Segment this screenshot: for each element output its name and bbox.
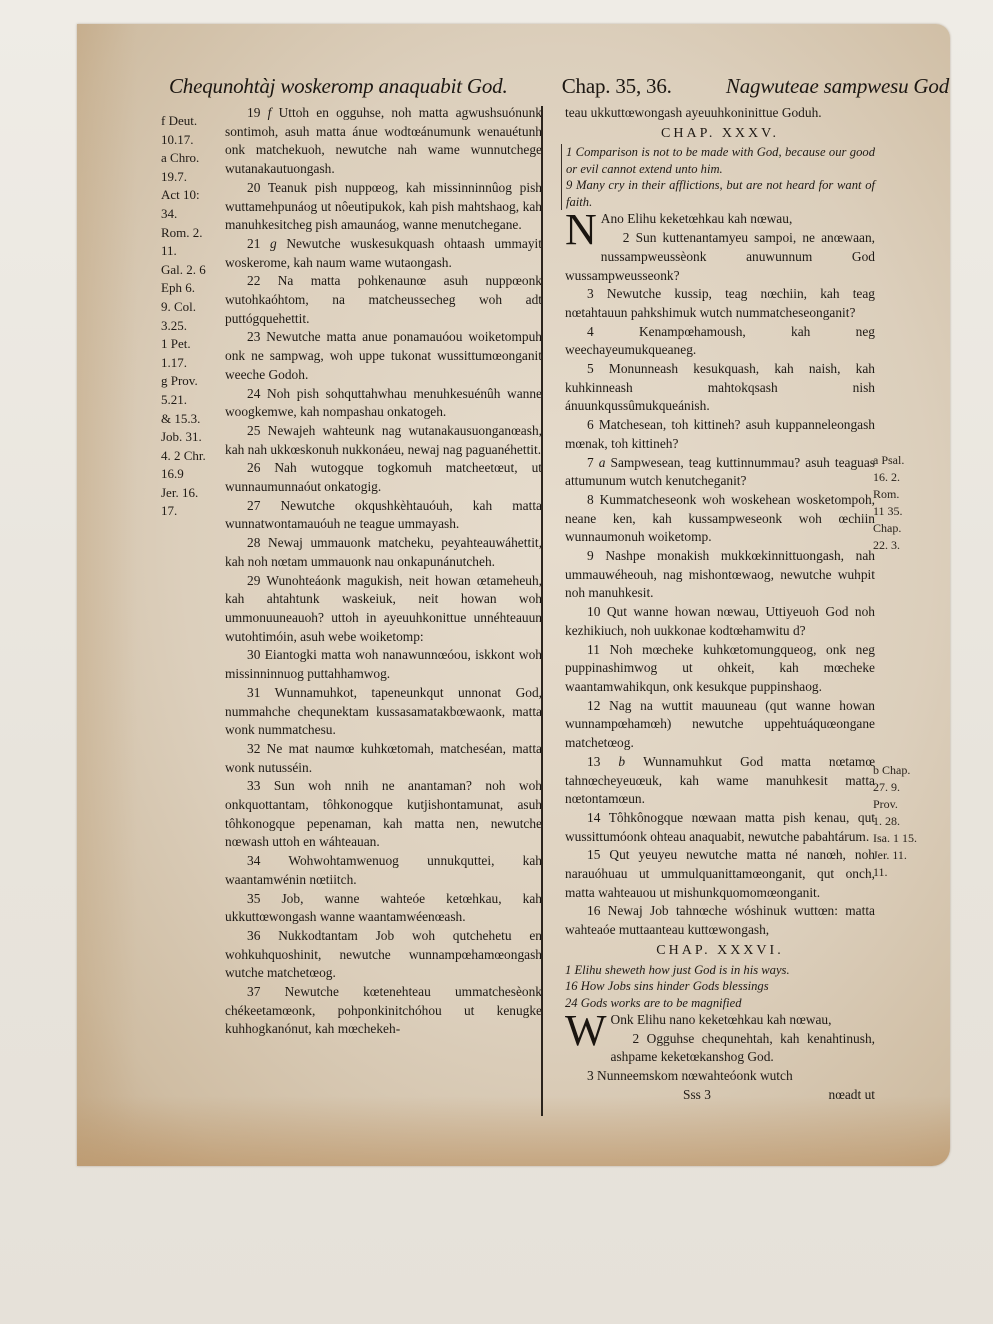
verse-number: 15 [587, 847, 609, 862]
verse-text: Teanuk pish nuppœog, kah missinninnûog p… [225, 180, 542, 232]
verse-text: Noh pish sohquttahwhau menuhkesuénûh wan… [225, 386, 542, 420]
summary-line: 1 Elihu sheweth how just God is in his w… [565, 962, 875, 979]
verse-number: 13 [587, 754, 618, 769]
margin-reference: 22. 3. [873, 537, 943, 554]
verse-text: Sun kuttenantamyeu sampoi, ne anœwaan, n… [565, 230, 875, 282]
verse: 28 Newaj ummauonk matcheku, peyahteauwáh… [225, 534, 542, 571]
left-margin-references: f Deut.10.17.a Chro.19.7.Act 10:34.Rom. … [161, 112, 221, 521]
margin-reference: Jer. 16. [161, 484, 221, 503]
verse-number: 2 [623, 230, 636, 245]
margin-reference: Rom. [873, 486, 943, 503]
verse-number: 14 [587, 810, 609, 825]
verse: 3 Nunneemskom nœwahteóonk wutch [565, 1067, 875, 1086]
verse-number: 31 [247, 685, 275, 700]
verse: 12 Nag na wuttit mauuneau (qut wanne how… [565, 697, 875, 753]
margin-reference: Rom. 2. [161, 224, 221, 243]
verse-number: 22 [247, 273, 278, 288]
verse: 7 a Sampwesean, teag kuttinnummau? asuh … [565, 454, 875, 491]
verse: 32 Ne mat naumœ kuhkœtomah, matcheséan, … [225, 740, 542, 777]
margin-reference: g Prov. [161, 372, 221, 391]
right-column: teau ukkuttœwongash ayeuuhkoninittue God… [565, 104, 875, 1105]
verse: 13 b Wunnamuhkut God matta nœtamœ tahnœc… [565, 753, 875, 809]
verse: 30 Eiantogki matta woh nanawunnœóou, isk… [225, 646, 542, 683]
summary-line: 9 Many cry in their afflictions, but are… [566, 177, 875, 210]
verse-text: Noh mœcheke kuhkœtomungqueog, onk neg pu… [565, 642, 875, 694]
verse-number: 12 [587, 698, 609, 713]
verse-text: Newutche matta anue ponamauóou woiketomp… [225, 329, 542, 381]
chapter-35-verses: NAno Elihu keketœhkau kah nœwau,2 Sun ku… [565, 210, 875, 939]
margin-reference: 17. [161, 502, 221, 521]
margin-reference: Isa. 1 15. [873, 830, 943, 847]
verse: NAno Elihu keketœhkau kah nœwau, [565, 210, 875, 229]
margin-reference: Jer. 11. [873, 847, 943, 864]
verse: 3 Newutche kussip, teag nœchiin, kah tea… [565, 285, 875, 322]
verse-number: 9 [587, 548, 605, 563]
right-margin-note-b: b Chap.27. 9.Prov.1. 28.Isa. 1 15.Jer. 1… [873, 762, 943, 881]
verse: 8 Kummatcheseonk woh woskehean wosketomp… [565, 491, 875, 547]
verse-number: 27 [247, 498, 281, 513]
running-head-right: Nagwuteae sampwesu God [726, 74, 949, 99]
footnote-mark: g [270, 236, 286, 251]
margin-reference: 1. 28. [873, 813, 943, 830]
verse-number: 3 [587, 286, 607, 301]
verse-text: Ne mat naumœ kuhkœtomah, matcheséan, mat… [225, 741, 542, 775]
verse-number: 11 [587, 642, 609, 657]
catchword: nœadt ut [829, 1086, 876, 1105]
verse: 9 Nashpe monakish mukkœkinnittuongash, n… [565, 547, 875, 603]
verse-number: 6 [587, 417, 599, 432]
summary-line: 16 How Jobs sins hinder Gods blessings [565, 978, 875, 995]
verse-number: 2 [633, 1031, 647, 1046]
drop-cap: W [565, 1013, 607, 1049]
verse-text: Wunohteáonk magukish, neit howan œtamehe… [225, 573, 542, 644]
chapter-35-heading: CHAP. XXXV. [565, 125, 875, 144]
book-page: Chequnohtàj woskeromp anaquabit God. Cha… [77, 24, 950, 1166]
verse-text: Newaj Job tahnœche wóshinuk wuttœn: matt… [565, 903, 875, 937]
margin-reference: a Chro. [161, 149, 221, 168]
verse-text: Newutche kussip, teag nœchiin, kah teag … [565, 286, 875, 320]
margin-reference: Prov. [873, 796, 943, 813]
verse-text: Tôhkônogque nœwaan matta pish kenau, qut… [565, 810, 875, 844]
verse-number: 25 [247, 423, 268, 438]
verse-number: 37 [247, 984, 285, 999]
verse-text: Ano Elihu keketœhkau kah nœwau, [601, 211, 793, 226]
running-head-chapter: Chap. 35, 36. [562, 74, 672, 99]
verse: 37 Newutche kœtenehteau ummatchesèonk ch… [225, 983, 542, 1039]
verse-number: 7 [587, 455, 599, 470]
verse-number: 29 [247, 573, 266, 588]
verse: 23 Newutche matta anue ponamauóou woiket… [225, 328, 542, 384]
margin-reference: 27. 9. [873, 779, 943, 796]
verse-number: 28 [247, 535, 268, 550]
chapter-36-verses: WOnk Elihu nano keketœhkau kah nœwau,2 O… [565, 1011, 875, 1086]
verse-number: 23 [247, 329, 266, 344]
chapter-35-summary: 1 Comparison is not to be made with God,… [561, 144, 875, 210]
verse-text: Onk Elihu nano keketœhkau kah nœwau, [611, 1012, 832, 1027]
margin-reference: 3.25. [161, 317, 221, 336]
verse: 35 Job, wanne wahteóe ketœhkau, kah ukku… [225, 890, 542, 927]
verse-text: Eiantogki matta woh nanawunnœóou, iskkon… [225, 647, 542, 681]
verse: 20 Teanuk pish nuppœog, kah missinninnûo… [225, 179, 542, 235]
margin-reference: 1.17. [161, 354, 221, 373]
continuation-text: teau ukkuttœwongash ayeuuhkoninittue God… [565, 104, 875, 123]
verse-text: Monunneash kesukquash, kah naish, kah ku… [565, 361, 875, 413]
footnote-mark: f [268, 105, 279, 120]
margin-reference: 11. [873, 864, 943, 881]
verse: 34 Wohwohtamwenuog unnukquttei, kah waan… [225, 852, 542, 889]
verse-number: 8 [587, 492, 600, 507]
verse-number: 30 [247, 647, 265, 662]
running-head: Chequnohtàj woskeromp anaquabit God. Cha… [169, 74, 949, 99]
verse-number: 36 [247, 928, 278, 943]
verse-number: 33 [247, 778, 274, 793]
verse-number: 5 [587, 361, 609, 376]
verse-text: Newaj ummauonk matcheku, peyahteauwáhett… [225, 535, 542, 569]
verse: 2 Sun kuttenantamyeu sampoi, ne anœwaan,… [565, 229, 875, 285]
left-column: 19 f Uttoh en ogguhse, noh matta agwushs… [225, 104, 542, 1039]
margin-reference: 5.21. [161, 391, 221, 410]
verse-number: 35 [247, 891, 281, 906]
verse-text: Nashpe monakish mukkœkinnittuongash, nah… [565, 548, 875, 600]
page-footer: Sss 3 nœadt ut [565, 1086, 875, 1105]
chapter-36-summary: 1 Elihu sheweth how just God is in his w… [565, 962, 875, 1012]
verse-text: Kummatcheseonk woh woskehean wosketompoh… [565, 492, 875, 544]
verse: 15 Qut yeuyeu newutche matta né nanœh, n… [565, 846, 875, 902]
margin-reference: & 15.3. [161, 410, 221, 429]
margin-reference: Eph 6. [161, 279, 221, 298]
margin-reference: 11 35. [873, 503, 943, 520]
verse: 14 Tôhkônogque nœwaan matta pish kenau, … [565, 809, 875, 846]
verse: 6 Matchesean, toh kittineh? asuh kuppann… [565, 416, 875, 453]
verse: 31 Wunnamuhkot, tapeneunkqut unnonat God… [225, 684, 542, 740]
footnote-mark: a [599, 455, 611, 470]
running-head-left: Chequnohtàj woskeromp anaquabit God. [169, 74, 508, 99]
verse: 29 Wunohteáonk magukish, neit howan œtam… [225, 572, 542, 647]
verse-number: 16 [587, 903, 608, 918]
verse-text: Nunneemskom nœwahteóonk wutch [597, 1068, 793, 1083]
verse: 4 Kenampœhamoush, kah neg weechayeumukqu… [565, 323, 875, 360]
margin-reference: Gal. 2. 6 [161, 261, 221, 280]
right-margin-note-a: a Psal.16. 2.Rom.11 35.Chap.22. 3. [873, 452, 943, 554]
verse: 19 f Uttoh en ogguhse, noh matta agwushs… [225, 104, 542, 179]
verse-text: Sampwesean, teag kuttinnummau? asuh teag… [565, 455, 875, 489]
drop-cap: N [565, 212, 597, 248]
verse: 2 Ogguhse chequnehtah, kah kenahtinush, … [565, 1030, 875, 1067]
verse-text: Qut wanne howan nœwau, Uttiyeuoh God noh… [565, 604, 875, 638]
verse-number: 4 [587, 324, 639, 339]
signature-mark: Sss 3 [683, 1086, 711, 1105]
margin-reference: 10.17. [161, 131, 221, 150]
verse-number: 32 [247, 741, 267, 756]
margin-reference: 4. 2 Chr. [161, 447, 221, 466]
margin-reference: Job. 31. [161, 428, 221, 447]
margin-reference: 11. [161, 242, 221, 261]
verse: 22 Na matta pohkenaunœ asuh nuppœonk wut… [225, 272, 542, 328]
margin-reference: 16. 2. [873, 469, 943, 486]
verse: 21 g Newutche wuskesukquash ohtaash umma… [225, 235, 542, 272]
chapter-36-heading: CHAP. XXXVI. [565, 942, 875, 961]
verse: 5 Monunneash kesukquash, kah naish, kah … [565, 360, 875, 416]
footnote-mark: b [618, 754, 643, 769]
margin-reference: 16.9 [161, 465, 221, 484]
verse: 25 Newajeh wahteunk nag wutanakausuongan… [225, 422, 542, 459]
verse: 16 Newaj Job tahnœche wóshinuk wuttœn: m… [565, 902, 875, 939]
margin-reference: 1 Pet. [161, 335, 221, 354]
margin-reference: Chap. [873, 520, 943, 537]
verse-text: Matchesean, toh kittineh? asuh kuppannel… [565, 417, 875, 451]
verse: WOnk Elihu nano keketœhkau kah nœwau, [565, 1011, 875, 1030]
verse-number: 24 [247, 386, 267, 401]
verse: 33 Sun woh nnih ne anantaman? noh woh on… [225, 777, 542, 852]
verse-number: 3 [587, 1068, 597, 1083]
verse: 11 Noh mœcheke kuhkœtomungqueog, onk neg… [565, 641, 875, 697]
verse-text: Nag na wuttit mauuneau (qut wanne howan … [565, 698, 875, 750]
margin-reference: a Psal. [873, 452, 943, 469]
verse-number: 20 [247, 180, 268, 195]
verse-number: 21 [247, 236, 270, 251]
margin-reference: Act 10: [161, 186, 221, 205]
verse-number: 19 [247, 105, 268, 120]
verse-number: 34 [247, 853, 288, 868]
margin-reference: 19.7. [161, 168, 221, 187]
verse-number: 26 [247, 460, 274, 475]
margin-reference: b Chap. [873, 762, 943, 779]
summary-line: 24 Gods works are to be magnified [565, 995, 875, 1012]
margin-reference: f Deut. [161, 112, 221, 131]
summary-line: 1 Comparison is not to be made with God,… [566, 144, 875, 177]
verse-text: Qut yeuyeu newutche matta né nanœh, noh … [565, 847, 875, 899]
verse: 27 Newutche okqushkèhtauóuh, kah matta w… [225, 497, 542, 534]
margin-reference: 34. [161, 205, 221, 224]
verse-number: 10 [587, 604, 607, 619]
verse: 26 Nah wutogque togkomuh matcheetœut, ut… [225, 459, 542, 496]
verse: 24 Noh pish sohquttahwhau menuhkesuénûh … [225, 385, 542, 422]
verse-text: Ogguhse chequnehtah, kah kenahtinush, as… [611, 1031, 875, 1065]
margin-reference: 9. Col. [161, 298, 221, 317]
verse-text: Newajeh wahteunk nag wutanakausuonganœas… [225, 423, 542, 457]
column-divider [541, 106, 543, 1116]
verse: 10 Qut wanne howan nœwau, Uttiyeuoh God … [565, 603, 875, 640]
verse: 36 Nukkodtantam Job woh qutchehetu en wo… [225, 927, 542, 983]
